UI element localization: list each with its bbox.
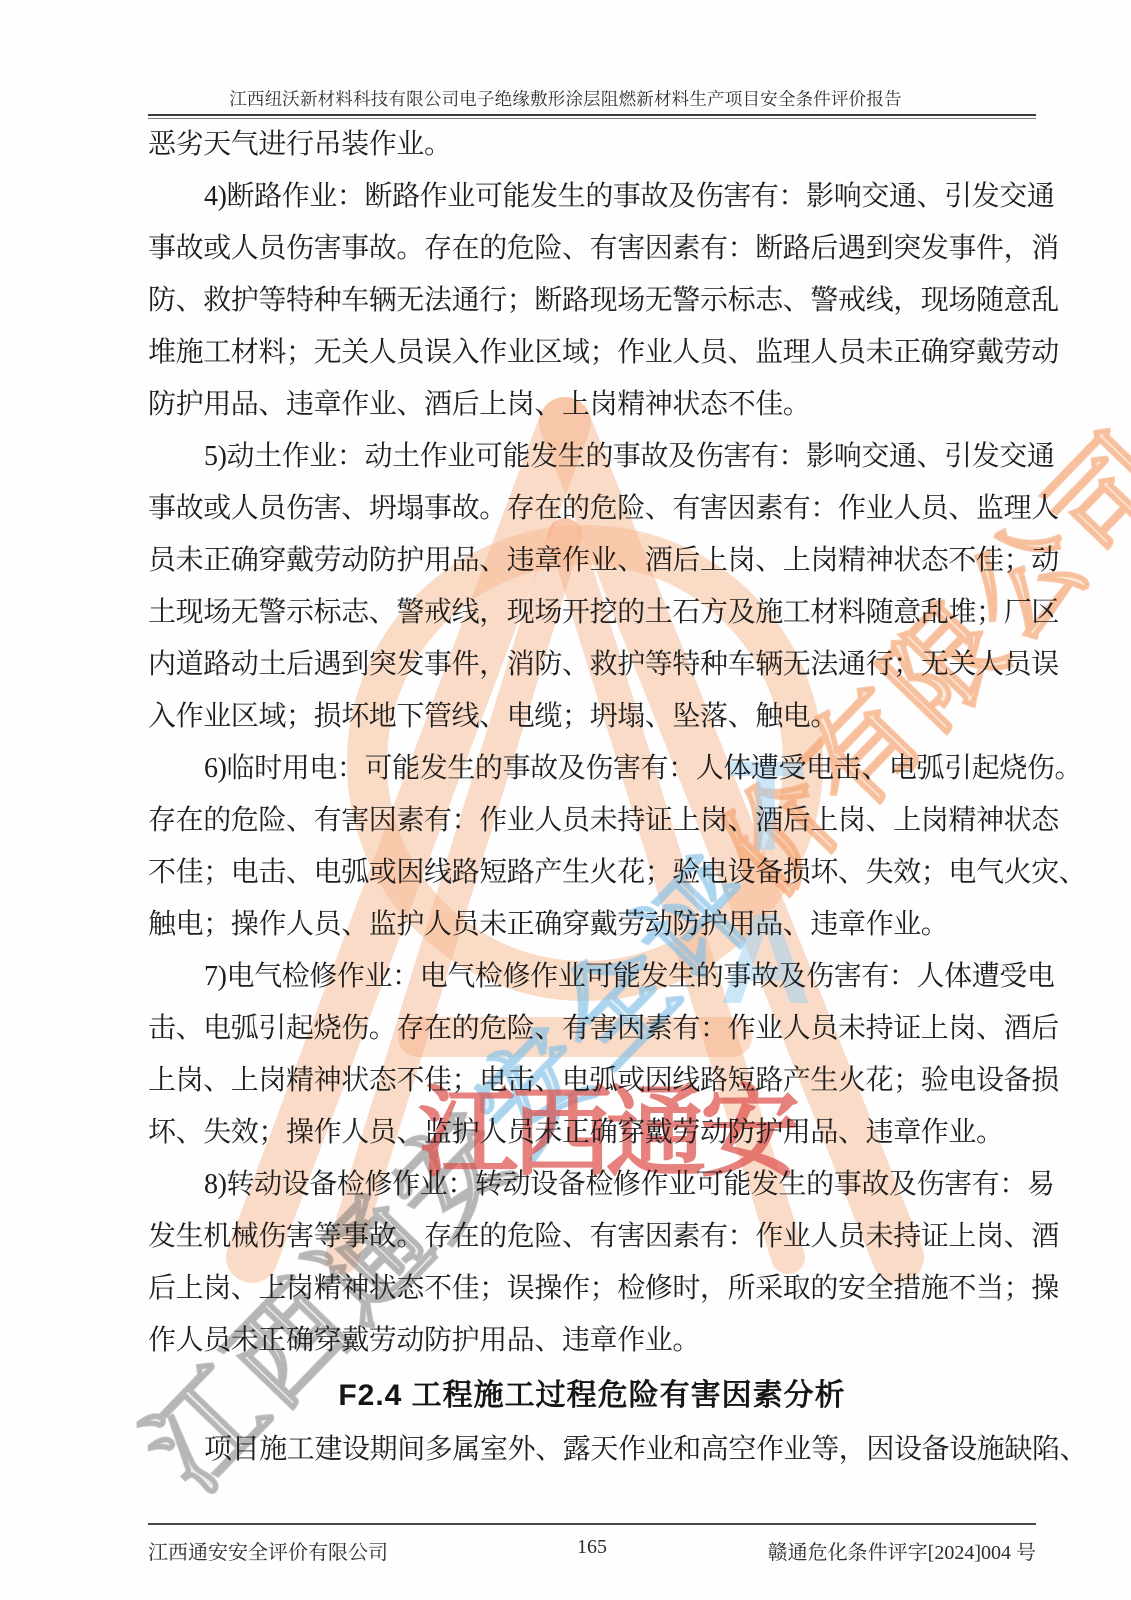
body-line: 入作业区域；损坏地下管线、电缆；坍塌、坠落、触电。 bbox=[148, 691, 1036, 743]
footer-doc-number: 赣通危化条件评字[2024]004 号 bbox=[768, 1536, 1036, 1565]
body-line: 恶劣天气进行吊装作业。 bbox=[148, 119, 1036, 171]
body-line: 后上岗、上岗精神状态不佳；误操作；检修时，所采取的安全措施不当；操 bbox=[148, 1263, 1036, 1315]
paragraph: 项目施工建设期间多属室外、露天作业和高空作业等，因设备设施缺陷、 bbox=[148, 1424, 1036, 1476]
body-line: 5)动土作业：动土作业可能发生的事故及伤害有：影响交通、引发交通 bbox=[148, 431, 1036, 483]
body-line: 内道路动土后遇到突发事件，消防、救护等特种车辆无法通行；无关人员误 bbox=[148, 639, 1036, 691]
paragraph: 7)电气检修作业：电气检修作业可能发生的事故及伤害有：人体遭受电击、电弧引起烧伤… bbox=[148, 951, 1036, 1159]
section-heading: F2.4 工程施工过程危险有害因素分析 bbox=[148, 1367, 1036, 1424]
body-line: 存在的危险、有害因素有：作业人员未持证上岗、酒后上岗、上岗精神状态 bbox=[148, 795, 1036, 847]
document-body: 恶劣天气进行吊装作业。4)断路作业：断路作业可能发生的事故及伤害有：影响交通、引… bbox=[148, 119, 1036, 1476]
body-line: 员未正确穿戴劳动防护用品、违章作业、酒后上岗、上岗精神状态不佳；动 bbox=[148, 535, 1036, 587]
paragraph: 5)动土作业：动土作业可能发生的事故及伤害有：影响交通、引发交通事故或人员伤害、… bbox=[148, 431, 1036, 743]
body-line: 防护用品、违章作业、酒后上岗、上岗精神状态不佳。 bbox=[148, 379, 1036, 431]
body-line: 堆施工材料；无关人员误入作业区域；作业人员、监理人员未正确穿戴劳动 bbox=[148, 327, 1036, 379]
body-line: 不佳；电击、电弧或因线路短路产生火花；验电设备损坏、失效；电气火灾、 bbox=[148, 847, 1036, 899]
body-line: 作人员未正确穿戴劳动防护用品、违章作业。 bbox=[148, 1315, 1036, 1367]
body-line: 防、救护等特种车辆无法通行；断路现场无警示标志、警戒线，现场随意乱 bbox=[148, 275, 1036, 327]
document-page: 江西通安安全评价有限公司 TA 江西通安 江西纽沃新材料科技有限公司电子绝缘敷形… bbox=[0, 0, 1131, 1600]
body-line: 7)电气检修作业：电气检修作业可能发生的事故及伤害有：人体遭受电 bbox=[148, 951, 1036, 1003]
footer-rule bbox=[148, 1523, 1036, 1525]
body-line: 6)临时用电：可能发生的事故及伤害有：人体遭受电击、电弧引起烧伤。 bbox=[148, 743, 1036, 795]
body-line: 发生机械伤害等事故。存在的危险、有害因素有：作业人员未持证上岗、酒 bbox=[148, 1211, 1036, 1263]
header-title: 江西纽沃新材料科技有限公司电子绝缘敷形涂层阻燃新材料生产项目安全条件评价报告 bbox=[0, 86, 1131, 111]
body-line: 事故或人员伤害事故。存在的危险、有害因素有：断路后遇到突发事件，消 bbox=[148, 223, 1036, 275]
body-line: 8)转动设备检修作业：转动设备检修作业可能发生的事故及伤害有：易 bbox=[148, 1159, 1036, 1211]
body-line: 击、电弧引起烧伤。存在的危险、有害因素有：作业人员未持证上岗、酒后 bbox=[148, 1003, 1036, 1055]
paragraph: 6)临时用电：可能发生的事故及伤害有：人体遭受电击、电弧引起烧伤。存在的危险、有… bbox=[148, 743, 1036, 951]
body-line: 事故或人员伤害、坍塌事故。存在的危险、有害因素有：作业人员、监理人 bbox=[148, 483, 1036, 535]
body-line: 触电；操作人员、监护人员未正确穿戴劳动防护用品、违章作业。 bbox=[148, 899, 1036, 951]
body-line: 项目施工建设期间多属室外、露天作业和高空作业等，因设备设施缺陷、 bbox=[148, 1424, 1036, 1476]
body-line: 土现场无警示标志、警戒线，现场开挖的土石方及施工材料随意乱堆；厂区 bbox=[148, 587, 1036, 639]
body-line: 4)断路作业：断路作业可能发生的事故及伤害有：影响交通、引发交通 bbox=[148, 171, 1036, 223]
footer-row: 江西通安安全评价有限公司 165 赣通危化条件评字[2024]004 号 bbox=[148, 1536, 1036, 1570]
body-line: 上岗、上岗精神状态不佳；电击、电弧或因线路短路产生火花；验电设备损 bbox=[148, 1055, 1036, 1107]
paragraph: 恶劣天气进行吊装作业。 bbox=[148, 119, 1036, 171]
paragraph: 4)断路作业：断路作业可能发生的事故及伤害有：影响交通、引发交通事故或人员伤害事… bbox=[148, 171, 1036, 431]
paragraph: 8)转动设备检修作业：转动设备检修作业可能发生的事故及伤害有：易发生机械伤害等事… bbox=[148, 1159, 1036, 1367]
body-line: 坏、失效；操作人员、监护人员未正确穿戴劳动防护用品、违章作业。 bbox=[148, 1107, 1036, 1159]
